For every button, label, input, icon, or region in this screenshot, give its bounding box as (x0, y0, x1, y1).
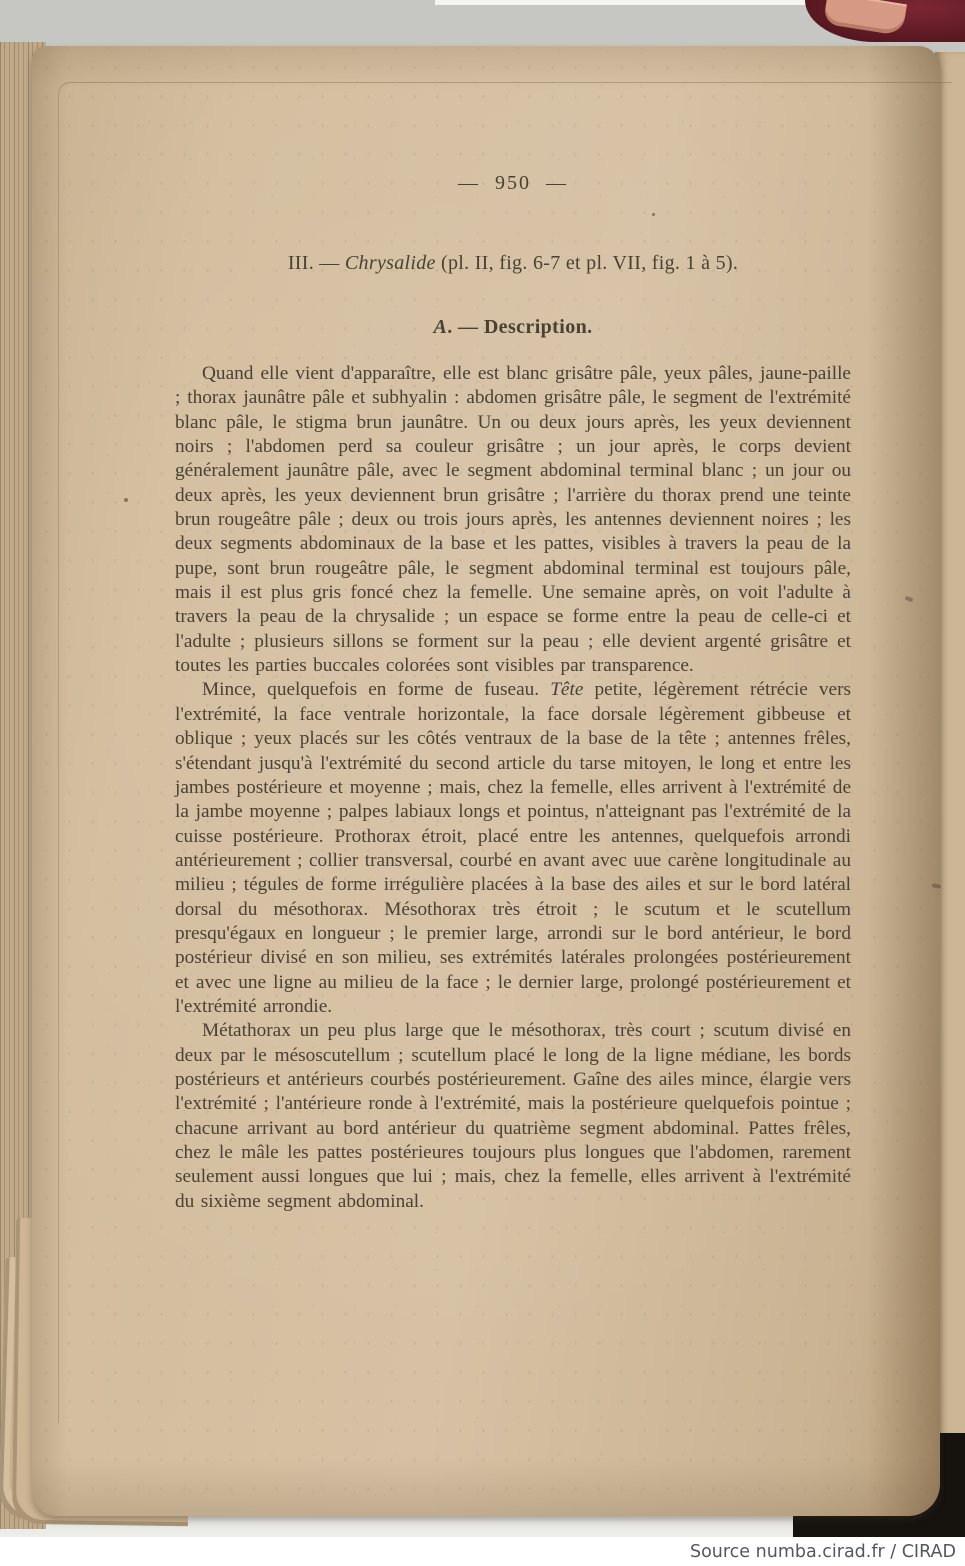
text-segment: Métathorax un peu plus large que le méso… (175, 1020, 851, 1211)
paragraph: Métathorax un peu plus large que le méso… (175, 1019, 851, 1214)
paragraph: Mince, quelquefois en forme de fuseau. T… (175, 678, 851, 1019)
book-photo: — 950 — III. — Chrysalide (pl. II, fig. … (0, 0, 965, 1537)
page-number: — 950 — (175, 172, 851, 195)
section-heading-reference: (pl. II, fig. 6-7 et pl. VII, fig. 1 à 5… (436, 252, 738, 274)
section-heading-title: Chrysalide (345, 252, 436, 274)
backdrop-sliver (435, 0, 813, 5)
text-segment: Mince, quelquefois en forme de fuseau. (202, 679, 550, 700)
book-headband (823, 0, 907, 36)
book-page: — 950 — III. — Chrysalide (pl. II, fig. … (32, 46, 940, 1516)
source-caption-text: Source numba.cirad.fr / CIRAD (690, 1542, 956, 1562)
ink-speck (652, 213, 655, 216)
ink-speck (124, 498, 128, 502)
italic-term: Tête (550, 679, 583, 700)
text-segment: petite, légèrement rétrécie vers l'extré… (175, 679, 851, 1016)
source-caption-bar: Source numba.cirad.fr / CIRAD (0, 1537, 965, 1566)
subsection-title: . — Description. (447, 316, 592, 338)
subsection-letter: A (433, 316, 447, 338)
section-heading-prefix: III. — (288, 252, 345, 274)
subsection-heading: A. — Description. (175, 316, 851, 339)
section-heading: III. — Chrysalide (pl. II, fig. 6-7 et p… (175, 252, 851, 275)
text-segment: Quand elle vient d'apparaître, elle est … (175, 363, 851, 676)
paragraph: Quand elle vient d'apparaître, elle est … (175, 362, 851, 678)
paragraphs: Quand elle vient d'apparaître, elle est … (175, 362, 851, 1214)
book-scan-screenshot: — 950 — III. — Chrysalide (pl. II, fig. … (0, 0, 965, 1566)
